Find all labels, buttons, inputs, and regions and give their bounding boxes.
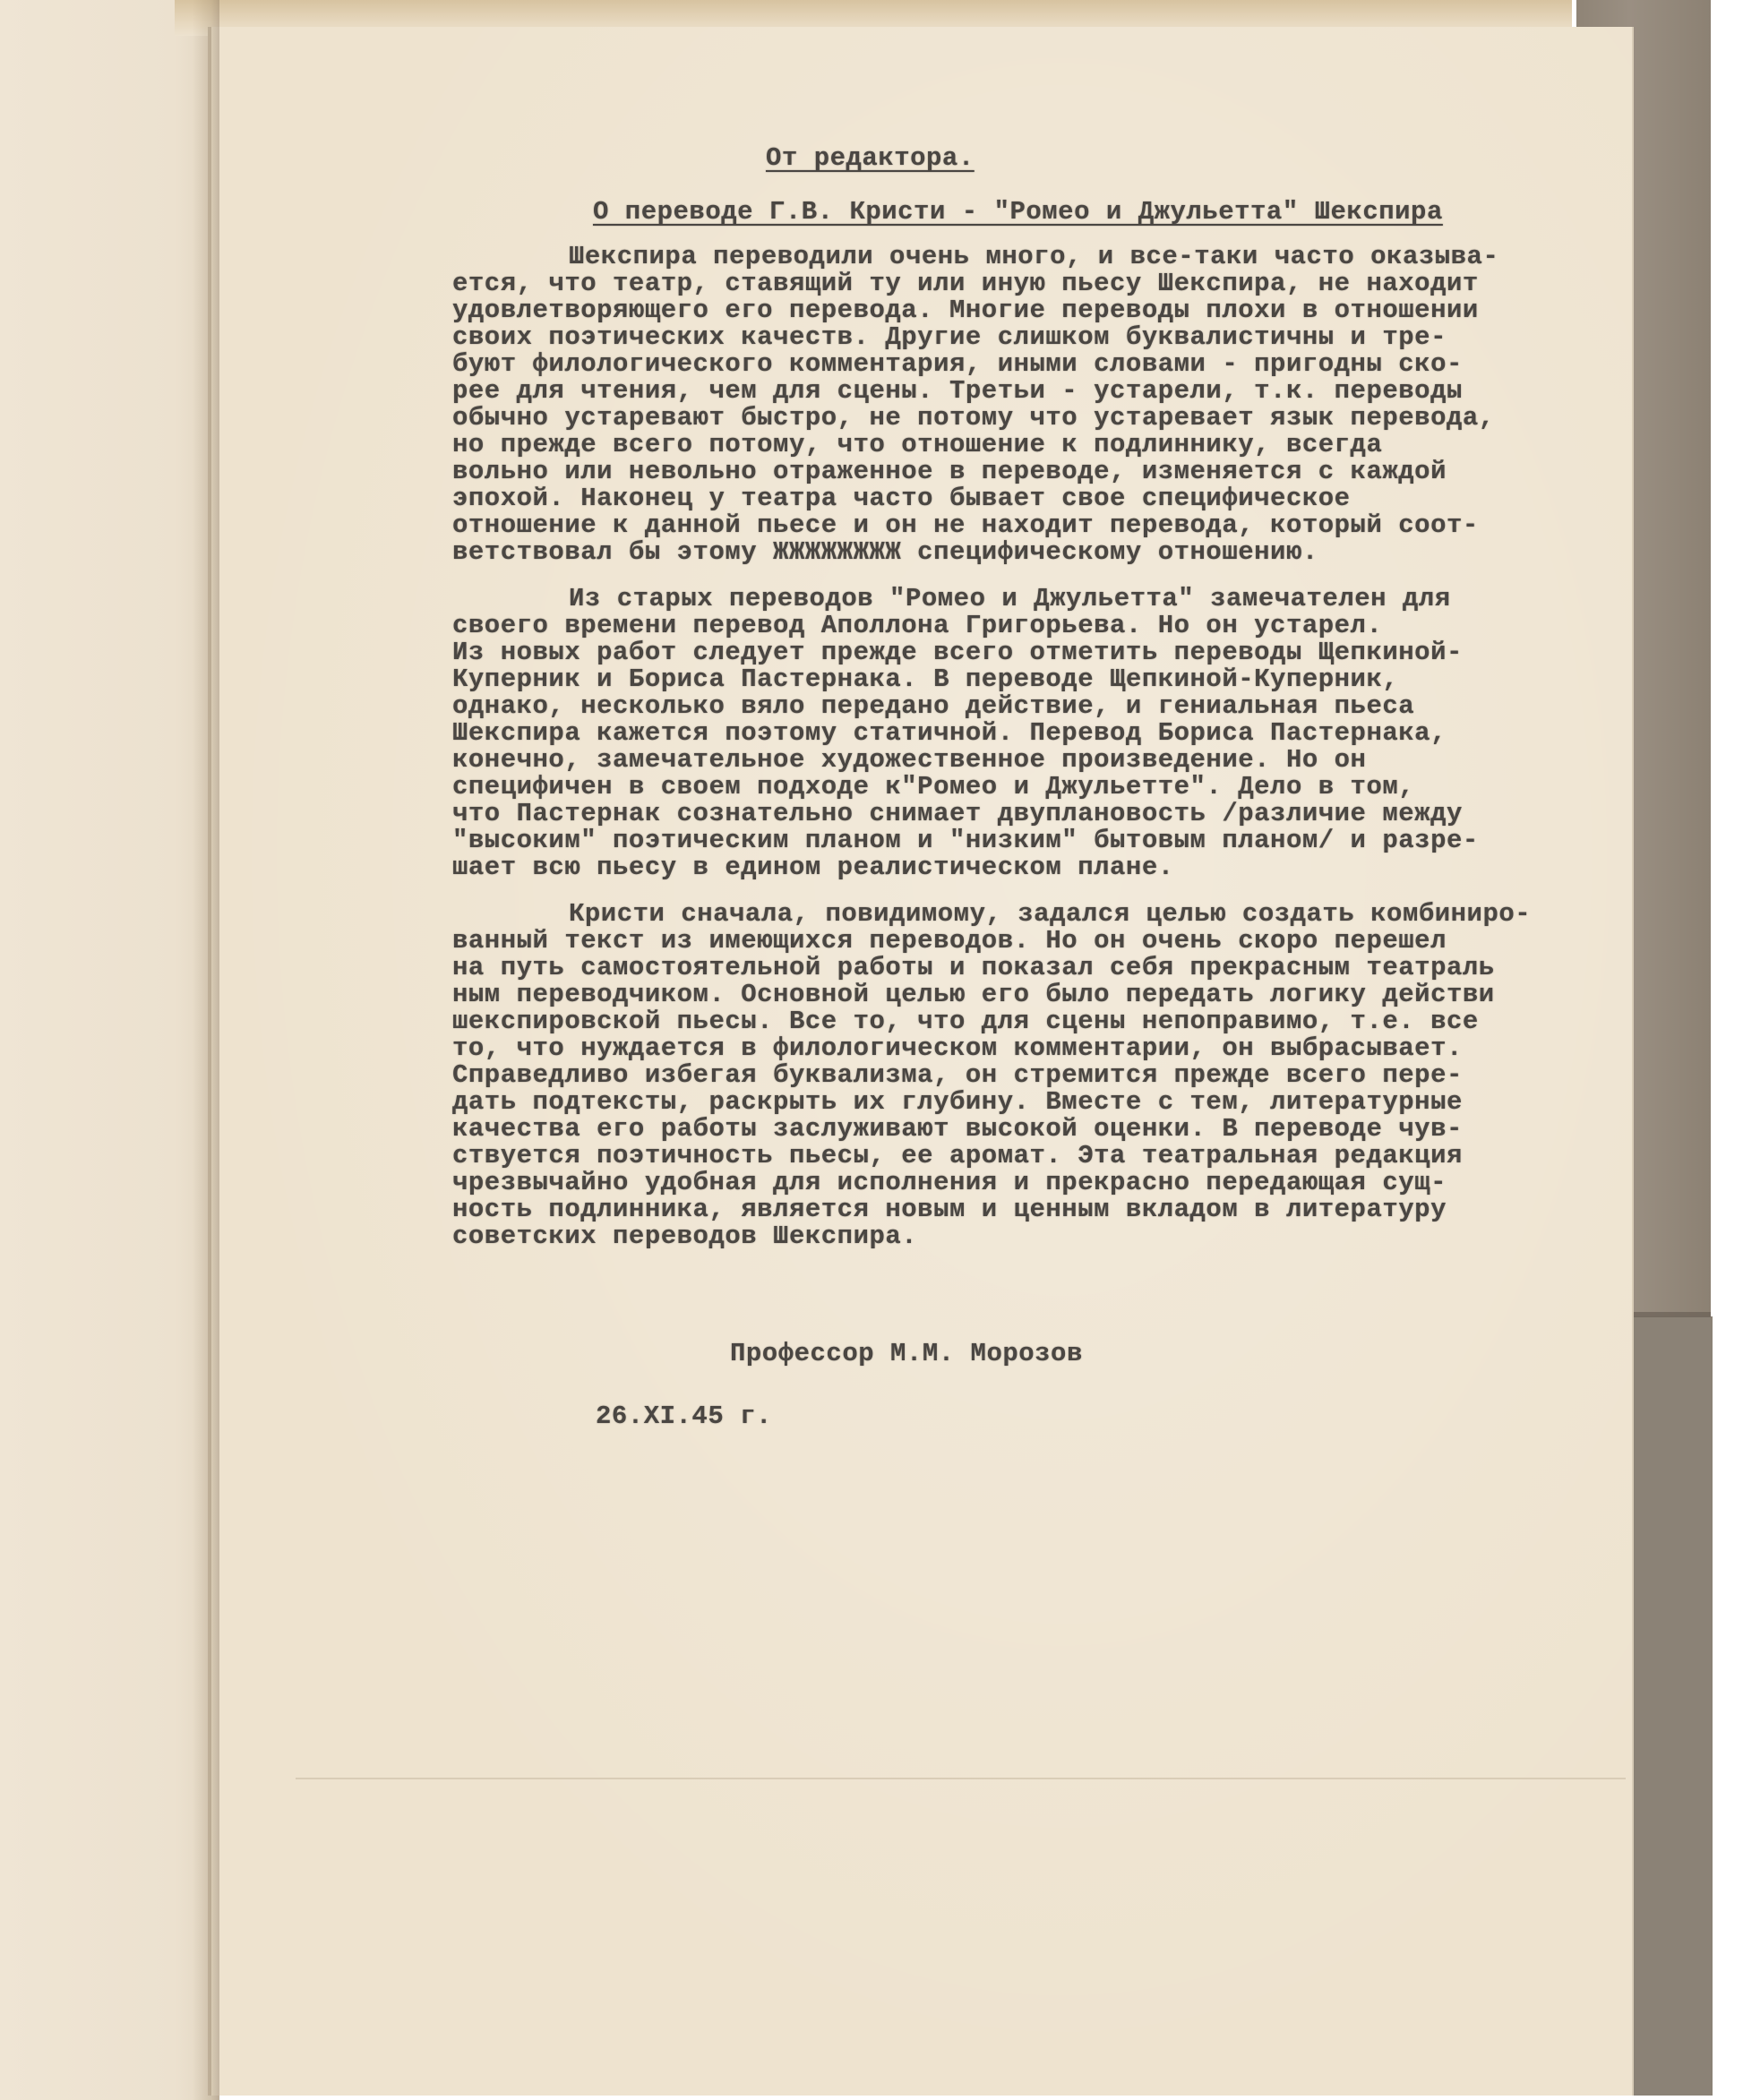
text-line: шает всю пьесу в едином реалистическом п… [452,854,1617,881]
text-line: своих поэтических качеств. Другие слишко… [452,324,1617,351]
text-line: обычно устаревают быстро, не потому что … [452,405,1617,432]
text-line: эпохой. Наконец у театра часто бывает св… [452,485,1617,512]
text-line: ванный текст из имеющихся переводов. Но … [452,928,1617,955]
text-line: однако, несколько вяло передано действие… [452,693,1617,720]
photo-scene: От редактора. О переводе Г.В. Кристи - "… [0,0,1743,2100]
text-line: качества его работы заслуживают высокой … [452,1116,1617,1143]
text-line: чрезвычайно удобная для исполнения и пре… [452,1170,1617,1196]
left-facing-page [0,0,219,2100]
text-line: отношение к данной пьесе и он не находит… [452,512,1617,539]
text-line: рее для чтения, чем для сцены. Третьи - … [452,378,1617,405]
text-line: ствуется поэтичность пьесы, ее аромат. Э… [452,1143,1617,1170]
document-heading: От редактора. [766,143,975,173]
text-line: ветствовал бы этому ЖЖЖЖЖЖЖЖ специфическ… [452,539,1617,566]
text-line: что Пастернак сознательно снимает двупла… [452,801,1617,827]
document-subheading: О переводе Г.В. Кристи - "Ромео и Джулье… [593,197,1443,227]
text-line: удовлетворяющего его перевода. Многие пе… [452,297,1617,324]
text-line: Шекспира переводили очень много, и все-т… [452,244,1617,270]
page-fold-line [296,1778,1626,1779]
text-line: конечно, замечательное художественное пр… [452,747,1617,774]
paragraph-3: Кристи сначала, повидимому, задался цель… [452,901,1617,1250]
book-gutter [193,0,219,2100]
text-line: советских переводов Шекспира. [452,1223,1617,1250]
text-line: ется, что театр, ставящий ту или иную пь… [452,270,1617,297]
paragraph-2: Из старых переводов "Ромео и Джульетта" … [452,586,1617,881]
text-line: Из старых переводов "Ромео и Джульетта" … [452,586,1617,613]
text-line: на путь самостоятельной работы и показал… [452,955,1617,981]
text-line: Шекспира кажется поэтому статичной. Пере… [452,720,1617,747]
text-line: Из новых работ следует прежде всего отме… [452,639,1617,666]
document-body: Шекспира переводили очень много, и все-т… [452,244,1617,1270]
text-line: "высоким" поэтическим планом и "низким" … [452,827,1617,854]
folder-cover-lower [1632,1316,1713,2096]
text-line: дать подтексты, раскрыть их глубину. Вме… [452,1089,1617,1116]
text-line: шекспировской пьесы. Все то, что для сце… [452,1008,1617,1035]
text-line: ным переводчиком. Основной целью его был… [452,981,1617,1008]
text-line: своего времени перевод Аполлона Григорье… [452,613,1617,639]
text-line: ность подлинника, является новым и ценны… [452,1196,1617,1223]
text-line: буют филологического комментария, иными … [452,351,1617,378]
paragraph-1: Шекспира переводили очень много, и все-т… [452,244,1617,566]
folder-cover-seam [1632,1312,1711,1317]
text-line: Справедливо избегая буквализма, он стрем… [452,1062,1617,1089]
text-line: вольно или невольно отраженное в перевод… [452,459,1617,485]
text-line: то, что нуждается в филологическом комме… [452,1035,1617,1062]
text-line: Куперник и Бориса Пастернака. В переводе… [452,666,1617,693]
text-line: но прежде всего потому, что отношение к … [452,432,1617,459]
text-line: специфичен в своем подходе к"Ромео и Джу… [452,774,1617,801]
author-signature: Профессор М.М. Морозов [730,1339,1083,1368]
document-date: 26.XI.45 г. [596,1401,772,1431]
text-line: Кристи сначала, повидимому, задался цель… [452,901,1617,928]
